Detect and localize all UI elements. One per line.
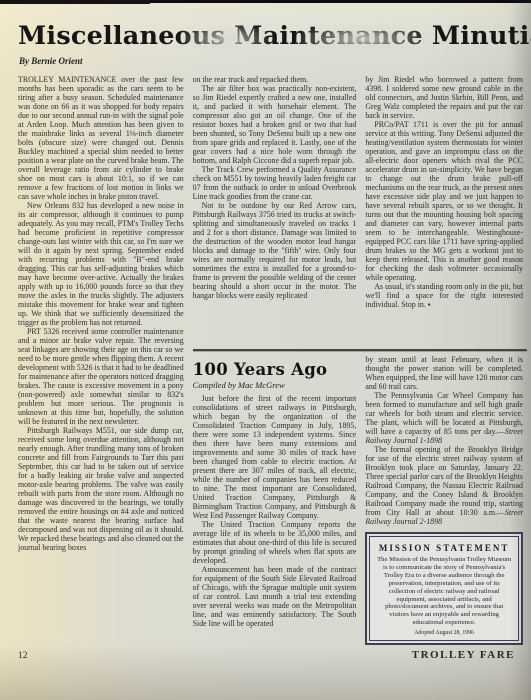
article-paragraph: by steam until at least February, when i… — [365, 355, 523, 391]
article-paragraph: on the rear truck and repacked them. — [193, 75, 357, 84]
article-paragraph: Announcement has been made of the contra… — [193, 565, 357, 628]
paragraph-text: The Pennsylvania Car Wheel Company has b… — [365, 391, 523, 436]
article-paragraph: Just before the first of the recent impo… — [193, 394, 357, 520]
article-byline: By Bernie Orient — [19, 56, 523, 66]
paragraph-text: The formal opening of the Brooklyn Bridg… — [365, 445, 523, 517]
page-title: Miscellaneous Maintenance Minutiae — [18, 21, 523, 51]
column-2: on the rear truck and repacked them. The… — [193, 75, 357, 659]
page-number: 12 — [18, 651, 28, 661]
article-paragraph: Pittsburgh Railways M551, our side dump … — [18, 426, 184, 552]
article-paragraph: The United Traction Company reports the … — [193, 520, 357, 565]
three-column-content: TROLLEY MAINTENANCE over the past few mo… — [18, 75, 523, 659]
newsletter-page: Miscellaneous Maintenance Minutiae By Be… — [0, 0, 531, 700]
article-paragraph: As usual, it's standing room only in the… — [365, 282, 523, 309]
column-1: TROLLEY MAINTENANCE over the past few mo… — [18, 75, 184, 659]
article-paragraph: New Orleans 832 has developed a new nois… — [18, 201, 184, 327]
column-3: by Jim Riedel who borrowed a pattern fro… — [365, 75, 523, 659]
article-paragraph: The Pennsylvania Car Wheel Company has b… — [365, 391, 523, 445]
article-paragraph: Not to be outdone by our Red Arrow cars,… — [193, 201, 357, 300]
mission-statement-box: MISSION STATEMENT The Mission of the Pen… — [365, 532, 523, 645]
article-paragraph: The formal opening of the Brooklyn Bridg… — [365, 445, 523, 526]
section-divider-rule — [193, 349, 527, 351]
article1-column3-part: by Jim Riedel who borrowed a pattern fro… — [365, 75, 523, 355]
article1-column2-part: on the rear truck and repacked them. The… — [193, 75, 357, 353]
article-paragraph: PRCo/PAT 1711 is over the pit for annual… — [365, 120, 523, 282]
article-paragraph: PRT 5326 received some controller mainte… — [18, 327, 184, 426]
mission-statement-adopted-date: Adopted August 28, 1996 — [375, 630, 513, 636]
mission-statement-heading: MISSION STATEMENT — [375, 543, 513, 553]
article-paragraph: by Jim Riedel who borrowed a pattern fro… — [365, 75, 523, 120]
article-paragraph: The Track Crew performed a Quality Assur… — [193, 165, 357, 201]
section-heading-100-years-ago: 100 Years Ago — [193, 360, 357, 379]
article-paragraph: TROLLEY MAINTENANCE over the past few mo… — [18, 75, 184, 201]
mission-statement-inner: MISSION STATEMENT The Mission of the Pen… — [369, 536, 519, 641]
section-byline: Compiled by Mac McGrew — [193, 380, 357, 390]
article-paragraph: The air filter box was practically non-e… — [193, 84, 357, 165]
page-footer: 12 TROLLEY FARE — [18, 649, 515, 661]
mission-statement-body: The Mission of the Pennsylvania Trolley … — [375, 556, 513, 627]
newsletter-name: TROLLEY FARE — [412, 649, 515, 661]
